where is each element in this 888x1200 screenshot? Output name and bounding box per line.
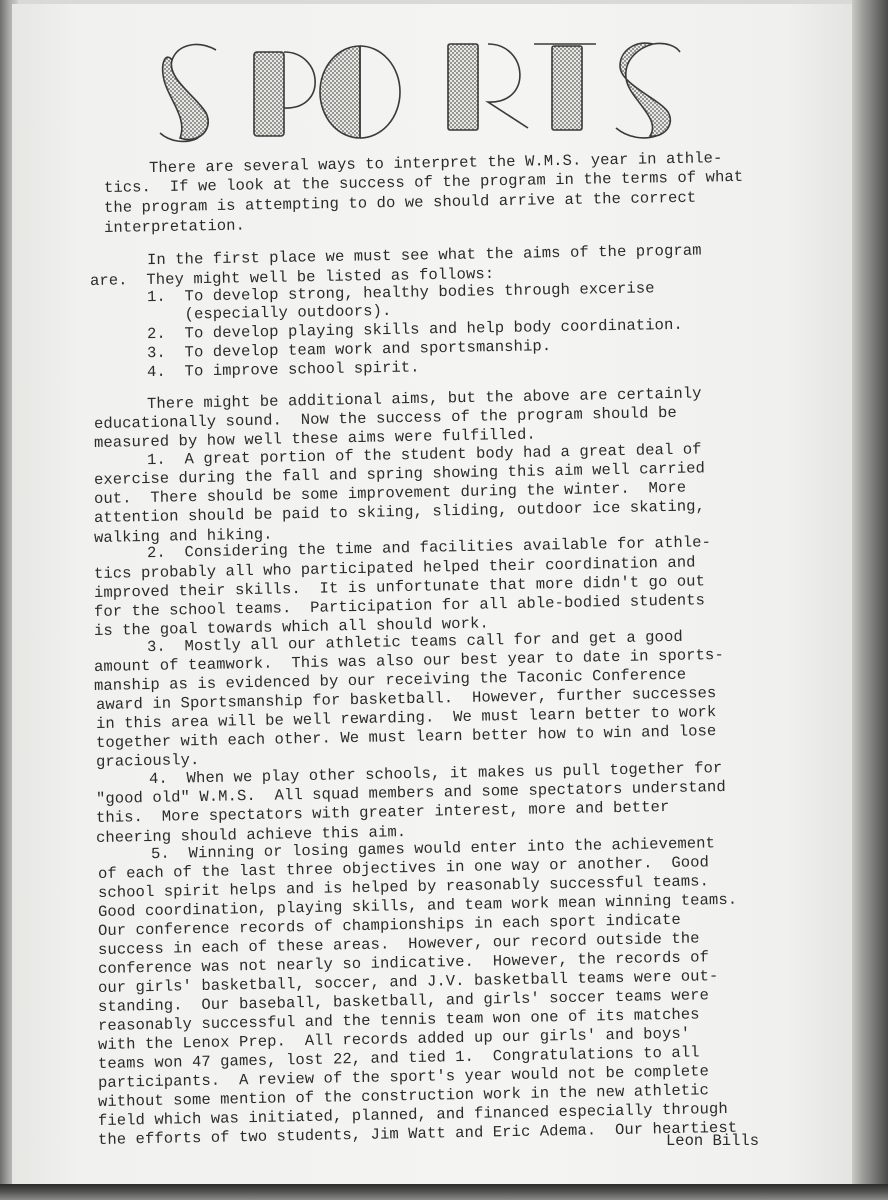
author-signature: Leon Bills xyxy=(666,1132,759,1150)
letter-s-2 xyxy=(616,43,680,138)
intro-line: interpretation. xyxy=(104,217,245,237)
letter-p xyxy=(254,52,315,136)
letter-o xyxy=(320,46,400,138)
body-line: graciously. xyxy=(96,751,200,771)
page-edge-bottom xyxy=(0,1184,888,1200)
letter-t xyxy=(534,44,596,130)
page-edge-right xyxy=(852,0,888,1200)
letter-r xyxy=(448,44,528,130)
page-title: SPORTS xyxy=(158,38,703,148)
letter-s-1 xyxy=(160,45,216,142)
sports-title-lettering xyxy=(158,38,703,148)
